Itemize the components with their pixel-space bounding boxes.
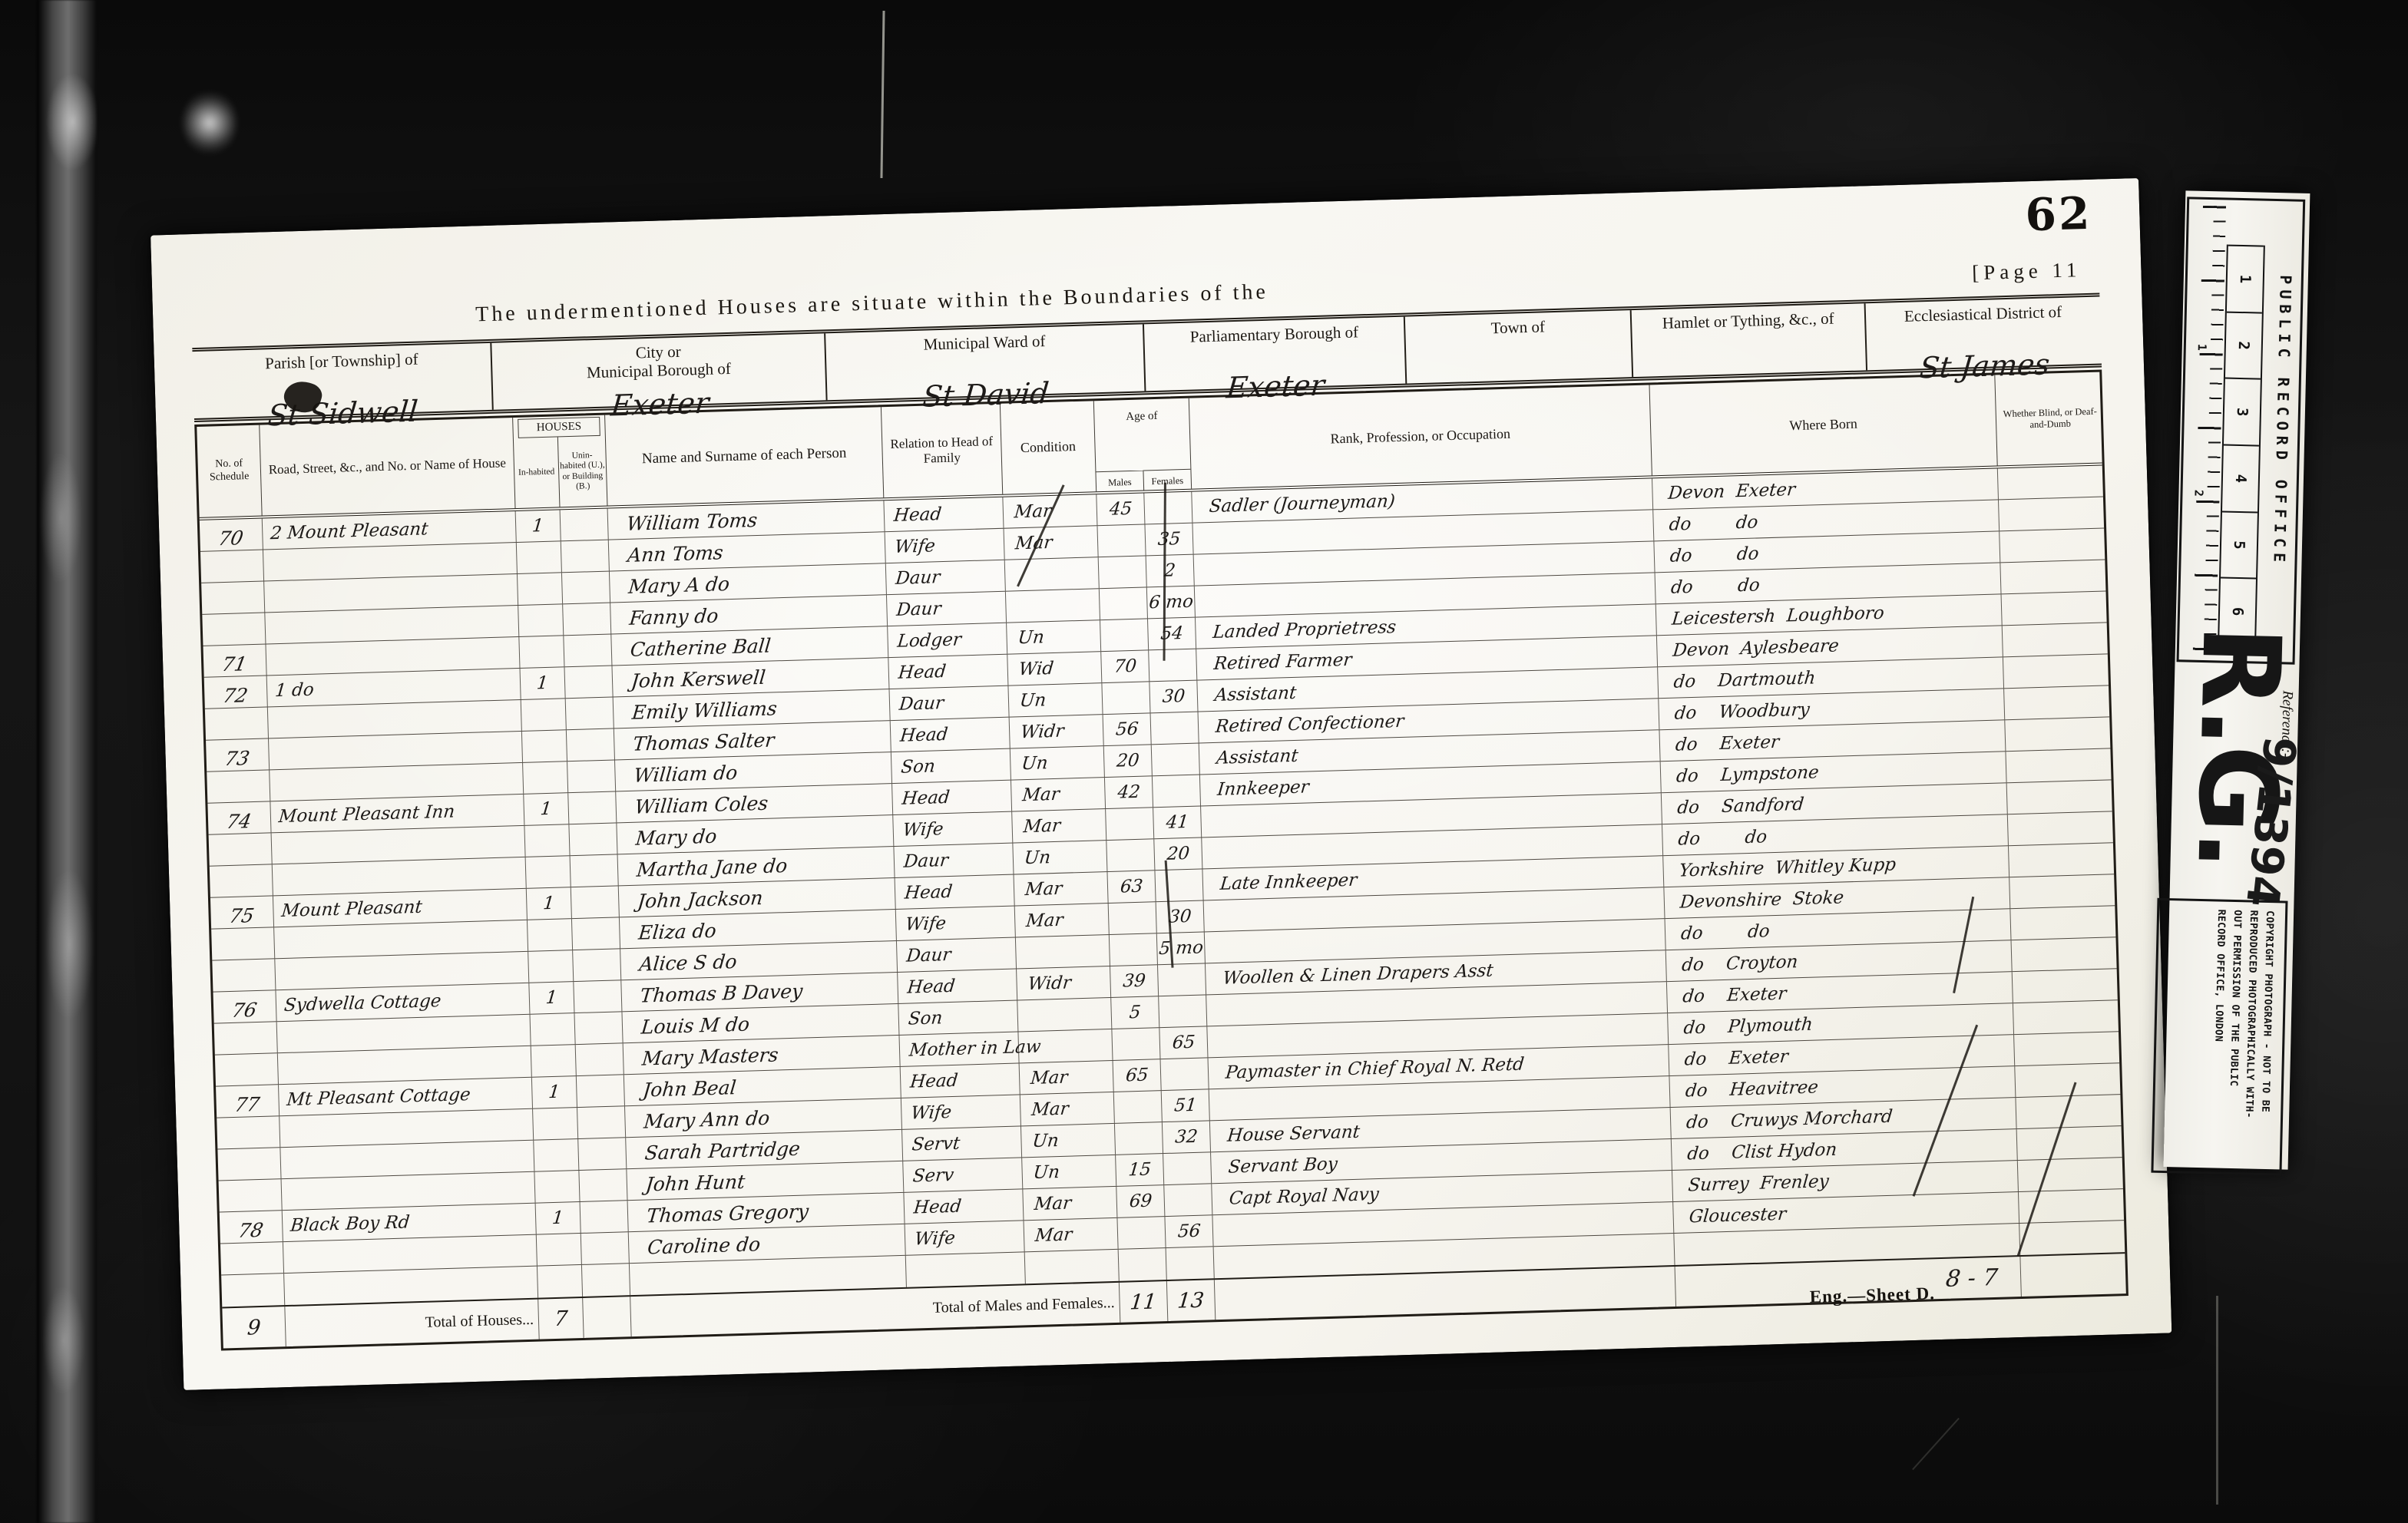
inhabited-cell: 1	[521, 667, 566, 699]
pro-strip-content: PUBLIC RECORD OFFICE 1 2 3 4 5 6 1 2 Ref…	[2164, 190, 2310, 1169]
schedule-cell	[200, 550, 264, 583]
condition-cell: Mar	[1012, 809, 1106, 842]
total-females-value: 13	[1167, 1280, 1216, 1321]
col-uninhabited: Unin-habited (U.), or Building (B.)	[558, 436, 607, 507]
geo-header-label: Town of	[1405, 315, 1631, 340]
age-female-cell: 54	[1148, 618, 1196, 650]
margin-note: 9	[222, 1307, 286, 1348]
condition-cell: Mar	[1011, 778, 1106, 811]
schedule-cell	[205, 707, 269, 739]
schedule-cell: 73	[206, 738, 270, 771]
relation-cell: Daur	[887, 592, 1007, 626]
blind-cell	[1999, 497, 2107, 530]
blind-cell	[2007, 780, 2115, 814]
relation-cell: Serv	[903, 1158, 1023, 1191]
col-condition: Condition	[1001, 401, 1096, 494]
relation-cell: Head	[888, 655, 1008, 689]
age-male-cell	[1115, 1122, 1163, 1155]
schedule-cell	[211, 927, 275, 960]
age-male-cell	[1109, 902, 1157, 934]
age-female-cell: 65	[1159, 1026, 1208, 1059]
age-female-cell	[1152, 744, 1200, 776]
condition-cell: Mar	[1004, 526, 1099, 559]
relation-cell: Wife	[901, 1095, 1021, 1128]
uninhabited-cell	[567, 728, 615, 761]
age-female-cell	[1149, 649, 1197, 682]
col-relation: Relation to Head of Family	[881, 404, 1003, 497]
schedule-cell: 76	[213, 990, 277, 1022]
page-label: [Page 11	[1972, 258, 2082, 285]
uninhabited-cell	[567, 760, 616, 792]
condition-cell: Mar	[1023, 1187, 1117, 1220]
uninhabited-cell	[568, 791, 617, 824]
condition-cell: Wid	[1007, 652, 1102, 685]
condition-cell: Un	[1013, 841, 1107, 874]
relation-cell: Daur	[886, 560, 1006, 594]
inhabited-cell: 1	[527, 887, 572, 920]
relation-cell: Head	[895, 875, 1015, 909]
col-inhabited: In-habited	[514, 437, 561, 508]
enumeration-table: No. of Schedule Road, Street, &c., and N…	[194, 369, 2128, 1350]
inhabited-cell	[518, 573, 563, 605]
age-female-cell	[1164, 1184, 1212, 1216]
schedule-cell	[217, 1148, 281, 1180]
scratch-artifact	[880, 11, 885, 178]
age-female-cell: 30	[1156, 900, 1205, 933]
geo-header-cell: Municipal Ward of St David	[825, 324, 1146, 400]
age-female-cell: 5 mo	[1157, 932, 1206, 964]
blind-cell	[2009, 874, 2118, 908]
age-female-cell: 56	[1165, 1215, 1213, 1247]
schedule-cell	[210, 864, 273, 897]
inhabited-cell: 1	[524, 793, 569, 825]
age-male-cell	[1100, 587, 1148, 619]
relation-cell: Daur	[890, 686, 1010, 720]
blind-cell	[2000, 528, 2108, 562]
geo-header-cell: Parliamentary Borough of Exeter	[1144, 317, 1407, 391]
condition-cell: Mar	[1020, 1061, 1114, 1094]
relation-cell: Head	[892, 781, 1012, 814]
inhabited-cell	[528, 919, 573, 951]
age-male-cell	[1114, 1091, 1163, 1123]
relation-cell: Lodger	[888, 623, 1007, 657]
geo-header-value	[1633, 353, 1867, 394]
blind-cell	[2019, 1221, 2128, 1255]
age-female-cell: 32	[1163, 1121, 1211, 1153]
blind-cell	[2013, 969, 2121, 1003]
inhabited-cell	[531, 1013, 576, 1046]
folio-number-stamp: 62	[2025, 187, 2093, 241]
age-male-cell	[1112, 1028, 1160, 1060]
age-female-cell	[1158, 963, 1206, 996]
inhabited-cell	[528, 950, 574, 983]
age-female-cell	[1153, 775, 1201, 808]
relation-cell: Wife	[905, 1221, 1025, 1254]
uninhabited-cell	[581, 1232, 630, 1264]
sheet-designation: Eng.—Sheet D.	[1809, 1283, 1935, 1307]
age-male-cell	[1100, 619, 1149, 651]
condition-cell: Un	[1021, 1124, 1116, 1157]
age-female-cell: 2	[1146, 555, 1195, 587]
blind-cell	[2015, 1063, 2123, 1097]
age-male-cell	[1102, 682, 1150, 714]
uninhabited-cell	[576, 1043, 624, 1075]
age-female-cell: 51	[1162, 1089, 1210, 1122]
inhabited-cell	[526, 856, 571, 888]
condition-cell	[1016, 935, 1110, 968]
ruler-inch-number: 2	[2191, 490, 2205, 497]
schedule-cell: 74	[207, 801, 271, 834]
relation-cell: Wife	[893, 812, 1013, 846]
inhabited-cell	[531, 1045, 577, 1077]
schedule-cell	[215, 1053, 279, 1085]
uninhabited-cell	[572, 917, 620, 950]
geo-header-label: Parliamentary Borough of	[1144, 322, 1404, 348]
total-houses-value: 7	[538, 1298, 584, 1340]
schedule-cell	[201, 582, 265, 614]
age-male-cell	[1117, 1217, 1166, 1249]
light-artifact	[183, 91, 237, 155]
blind-cell	[2018, 1158, 2126, 1191]
relation-cell: Head	[898, 969, 1017, 1003]
uninhabited-cell	[571, 886, 620, 918]
age-male-cell	[1106, 808, 1154, 840]
relation-cell: Head	[904, 1189, 1024, 1223]
relation-cell: Daur	[894, 844, 1014, 877]
condition-cell: Mar	[1015, 904, 1110, 937]
inhabited-cell: 1	[529, 982, 574, 1014]
col-road: Road, Street, &c., and No. or Name of Ho…	[260, 418, 515, 515]
relation-cell: Servt	[902, 1126, 1022, 1160]
age-male-cell: 69	[1116, 1185, 1165, 1217]
age-male-cell	[1099, 556, 1147, 588]
age-male-cell: 39	[1110, 965, 1159, 997]
age-male-cell: 70	[1101, 650, 1149, 682]
inhabited-cell: 1	[536, 1202, 581, 1234]
col-schedule: No. of Schedule	[197, 425, 262, 517]
uninhabited-cell	[578, 1138, 627, 1170]
geo-header-cell: City or Municipal Borough of Exeter	[491, 333, 827, 409]
blind-cell	[2005, 717, 2113, 751]
schedule-cell	[209, 833, 273, 865]
inhabited-cell: 1	[516, 510, 561, 542]
uninhabited-cell	[564, 635, 612, 667]
table-body: 70 2 Mount Pleasant 1 William Toms Head …	[200, 466, 2125, 1307]
geo-header-cell: Town of	[1405, 310, 1633, 383]
total-males-value: 11	[1120, 1281, 1168, 1323]
age-male-cell: 63	[1107, 871, 1156, 903]
age-male-cell: 15	[1116, 1154, 1164, 1186]
uninhabited-cell	[577, 1075, 625, 1107]
total-houses-label: Total of Houses...	[285, 1300, 539, 1346]
age-male-cell: 65	[1113, 1059, 1162, 1092]
age-female-cell: 30	[1149, 681, 1198, 713]
condition-cell: Widr	[1017, 966, 1111, 999]
schedule-cell: 71	[203, 644, 267, 676]
pro-number-scale: 1 2 3 4 5 6	[2218, 245, 2265, 645]
blind-cell	[2017, 1126, 2125, 1160]
col-age-group: Age of Males Females	[1094, 398, 1192, 492]
age-female-cell	[1161, 1058, 1209, 1090]
age-male-cell	[1119, 1248, 1167, 1281]
inhabited-cell	[534, 1171, 580, 1203]
age-male-cell	[1097, 524, 1146, 557]
age-male-cell: 45	[1096, 493, 1145, 525]
col-houses-group: HOUSES In-habited Unin-habited (U.), or …	[513, 415, 607, 508]
inhabited-cell	[534, 1139, 579, 1171]
geo-header-label: Hamlet or Tything, &c., of	[1632, 308, 1865, 333]
geo-header-cell: Parish [or Township] of St Sidwell	[192, 343, 493, 418]
scale-number: 2	[2225, 311, 2262, 378]
schedule-cell: 78	[220, 1211, 283, 1243]
blind-cell	[2002, 591, 2110, 625]
blind-cell	[2003, 654, 2112, 688]
geo-header-label: Parish [or Township] of	[193, 348, 491, 375]
scale-number: 5	[2221, 510, 2257, 578]
schedule-cell: 77	[216, 1085, 279, 1117]
relation-cell: Son	[898, 1000, 1018, 1034]
inhabited-cell	[519, 636, 564, 668]
condition-cell: Un	[1022, 1155, 1116, 1188]
age-male-cell: 56	[1103, 713, 1152, 745]
schedule-cell	[219, 1179, 283, 1211]
condition-cell: Un	[1011, 746, 1105, 779]
census-sheet: 62 [Page 11 The undermentioned Houses ar…	[150, 178, 2171, 1390]
schedule-cell: 70	[200, 519, 263, 551]
uninhabited-cell	[574, 980, 622, 1013]
scratch-artifact	[2216, 1296, 2218, 1505]
pro-reference-strip: PUBLIC RECORD OFFICE 1 2 3 4 5 6 1 2 Ref…	[2164, 190, 2310, 1169]
schedule-cell: 72	[204, 676, 268, 708]
ruler-inch-number: 1	[2195, 344, 2209, 351]
blind-cell	[2010, 906, 2119, 940]
inhabited-cell	[524, 824, 570, 857]
uninhabited-cell	[577, 1106, 626, 1138]
condition-cell	[1017, 998, 1112, 1031]
geo-header-label: Municipal Ward of	[825, 329, 1143, 356]
age-female-cell: 20	[1154, 837, 1202, 870]
uninhabited-cell	[573, 949, 621, 981]
inhabited-cell	[517, 541, 562, 573]
condition-cell: Mar	[1020, 1092, 1115, 1125]
uninhabited-cell	[579, 1169, 627, 1201]
schedule-cell	[221, 1274, 285, 1307]
copyright-notice: COPYRIGHT PHOTOGRAPH - NOT TO BE REPRODU…	[2151, 898, 2287, 1176]
condition-cell	[1006, 589, 1100, 622]
age-male-cell	[1106, 839, 1155, 871]
blind-cell	[2006, 748, 2114, 782]
inhabited-cell	[537, 1265, 583, 1298]
uninhabited-cell	[569, 823, 617, 855]
inhabited-cell	[521, 699, 567, 731]
relation-cell: Wife	[896, 907, 1016, 940]
relation-cell: Head	[891, 718, 1011, 752]
inhabited-cell	[533, 1108, 578, 1140]
col-females: Females	[1143, 469, 1191, 491]
geo-header-cell: Ecclesiastical District of St James	[1866, 297, 2102, 371]
blind-cell	[2000, 560, 2109, 593]
age-female-cell	[1151, 712, 1199, 745]
schedule-cell	[217, 1116, 280, 1148]
schedule-cell	[207, 770, 270, 802]
geo-header-value	[1407, 360, 1632, 400]
uninhabited-cell	[561, 540, 610, 573]
age-female-cell	[1163, 1152, 1212, 1184]
schedule-cell: 75	[210, 896, 274, 928]
uninhabited-cell	[574, 1012, 623, 1044]
age-female-cell: 35	[1145, 524, 1193, 556]
uninhabited-cell	[564, 666, 613, 698]
blind-cell	[2003, 623, 2111, 656]
schedule-cell	[220, 1242, 284, 1274]
inhabited-cell	[522, 730, 567, 762]
inhabited-cell	[523, 761, 568, 794]
geo-header-label: City or Municipal Borough of	[491, 338, 825, 385]
scratch-artifact	[1912, 1418, 1960, 1470]
age-female-cell	[1166, 1247, 1215, 1280]
age-male-cell: 5	[1111, 996, 1159, 1029]
condition-cell: Mar	[1024, 1218, 1119, 1251]
relation-cell	[906, 1252, 1026, 1287]
age-female-cell	[1155, 869, 1203, 901]
scale-number: 1	[2227, 245, 2264, 312]
age-male-cell: 42	[1105, 776, 1153, 808]
relation-cell: Head	[884, 497, 1004, 531]
schedule-cell	[214, 1022, 278, 1054]
relation-cell: Son	[891, 749, 1011, 783]
age-female-cell: 6 mo	[1147, 586, 1196, 619]
blind-cell	[1998, 465, 2106, 499]
scale-number: 4	[2222, 444, 2259, 512]
geo-header-cell: Hamlet or Tything, &c., of	[1632, 303, 1867, 377]
condition-cell: Mar	[1014, 872, 1109, 905]
blind-cell	[2013, 1000, 2122, 1034]
condition-cell	[1025, 1250, 1120, 1283]
blind-cell	[2012, 937, 2120, 971]
age-female-cell	[1159, 995, 1207, 1027]
pro-office-label: PUBLIC RECORD OFFICE	[2270, 275, 2295, 567]
schedule-cell	[212, 959, 276, 991]
condition-cell: Un	[1007, 620, 1101, 653]
uninhabited-cell	[562, 572, 610, 604]
relation-cell: Wife	[885, 529, 1005, 563]
film-edge	[37, 0, 97, 1523]
blind-cell	[2009, 843, 2117, 877]
relation-cell: Daur	[897, 938, 1017, 972]
scale-number: 3	[2224, 378, 2261, 445]
geo-header-value: St James	[1867, 345, 2102, 387]
col-males: Males	[1096, 470, 1144, 491]
pro-ruler-box: PUBLIC RECORD OFFICE 1 2 3 4 5 6 1 2	[2177, 197, 2306, 664]
blind-cell	[2014, 1032, 2122, 1065]
relation-cell: Head	[901, 1063, 1020, 1097]
blind-cell	[2004, 686, 2112, 719]
geo-header-label: Ecclesiastical District of	[1866, 302, 2101, 327]
relation-cell: Mother in Law	[899, 1032, 1019, 1065]
uninhabited-cell	[580, 1201, 629, 1233]
uninhabited-cell	[571, 854, 619, 887]
microfilm-scan: 62 [Page 11 The undermentioned Houses ar…	[0, 0, 2408, 1523]
uninhabited-cell	[561, 509, 609, 541]
inhabited-cell	[537, 1234, 582, 1266]
uninhabited-cell	[582, 1264, 630, 1297]
blind-cell	[2008, 811, 2116, 845]
age-female-cell	[1144, 492, 1192, 524]
inhabited-cell: 1	[532, 1076, 577, 1108]
col-blind: Whether Blind, or Deaf-and-Dumb	[1995, 372, 2105, 465]
uninhabited-cell	[563, 603, 611, 636]
inhabited-cell	[518, 604, 564, 636]
condition-cell: Un	[1008, 683, 1103, 716]
age-female-cell: 41	[1153, 806, 1202, 838]
condition-cell: Widr	[1010, 715, 1104, 748]
age-male-cell: 20	[1104, 745, 1153, 777]
age-male-cell	[1110, 933, 1158, 966]
schedule-cell	[202, 613, 266, 645]
uninhabited-cell	[566, 697, 614, 729]
